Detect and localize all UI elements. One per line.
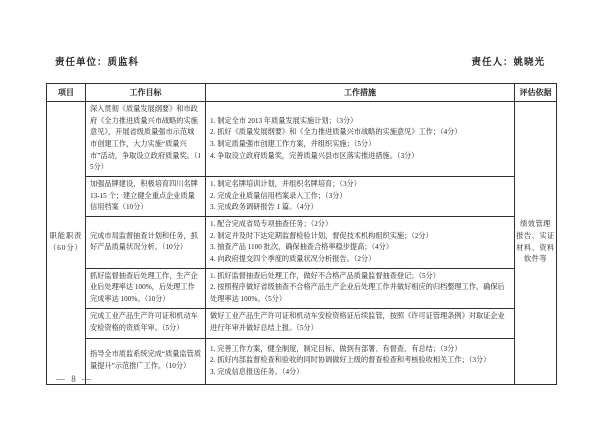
measure-item: 3. 制定质量强市创建工作方案，并组织实施；（5分）	[210, 139, 510, 151]
measure-item: 3. 抽查产品 1100 批次，确保抽查合格率稳步提高；（4分）	[210, 242, 510, 254]
table-row: 完成市局监督抽查计划和任务，抓好产品质量状况分析。（10分） 1. 配合完成省局…	[47, 216, 557, 268]
col-header-evaluation: 评估依据	[515, 84, 557, 102]
responsible-person-label: 责任人：姚晓光	[471, 54, 545, 68]
table-row: 指导全市质监系统完成“质量监管质量提升”示范推广工作。（10分） 1. 完善工作…	[47, 338, 557, 384]
measure-item: 4. 向政府提交四个季度的质量状况分析报告。（2分）	[210, 254, 510, 266]
measure-item: 1. 配合完成省局专项抽查任务；（2分）	[210, 219, 510, 231]
measure-item: 3. 完成政务调研报告 1 篇。（4分）	[210, 202, 510, 214]
goal-cell-5: 完成工业产品生产许可证和机动车安检资格的资质年审。（5分）	[86, 308, 206, 338]
evaluation-line: 报告、实证	[516, 231, 555, 243]
measures-cell-6: 1. 完善工作方案，健全制度，制定目标，做到有部署、有督查、有总结；（3分） 2…	[206, 338, 515, 384]
evaluation-cell: 绩效管理 报告、实证 材料、资料 软件等	[515, 102, 557, 385]
evaluation-line: 软件等	[516, 254, 555, 266]
table-row: 抓好监督抽查后处理工作，生产企业后处理率达 100%，后处理工作完成率达 100…	[47, 268, 557, 308]
measure-item: 1. 制定全市 2013 年质量发展实施计划；（3分）	[210, 116, 510, 128]
col-header-goal: 工作目标	[86, 84, 206, 102]
project-name: 职能职责	[48, 231, 84, 243]
measure-item: 2. 抓好《质量发展纲要》和《全力推进质量兴市战略的实施意见》工作；（4分）	[210, 127, 510, 139]
goal-cell-2: 加强品牌建设，积极培育四川名牌 13-15 个；建立健全重点企业质量信用档案（1…	[86, 176, 206, 216]
meta-row: 责任单位：质监科 责任人：姚晓光	[55, 54, 545, 68]
evaluation-line: 绩效管理	[516, 219, 555, 231]
measure-item: 1. 完善工作方案，健全制度，制定目标，做到有部署、有督查、有总结；（3分）	[210, 344, 510, 356]
measures-cell-5: 做好工业产品生产许可证和机动车安检资格证后续监管，按照《许可证管理条例》对取证企…	[206, 308, 515, 338]
measures-cell-2: 1. 制定名牌培训计划，并组织名牌培育；（3分） 2. 完成企业质量信用档案录入…	[206, 176, 515, 216]
goal-cell-1: 深入贯彻《质量发展纲要》和市政府《全力推进质量兴市战略的实施意见》，开展省级质量…	[86, 102, 206, 177]
col-header-measures: 工作措施	[206, 84, 515, 102]
document-page: 责任单位：质监科 责任人：姚晓光 项目 工作目标 工作措施 评估依据 职能职责 …	[0, 0, 600, 424]
goal-cell-6: 指导全市质监系统完成“质量监管质量提升”示范推广工作。（10分）	[86, 338, 206, 384]
responsible-unit-label: 责任单位：质监科	[55, 54, 139, 68]
table-header-row: 项目 工作目标 工作措施 评估依据	[47, 84, 557, 102]
measure-item: 1. 抓好监督抽查后处理工作，做好不合格产品质量监督抽查登记；（5分）	[210, 271, 510, 283]
measures-cell-1: 1. 制定全市 2013 年质量发展实施计划；（3分） 2. 抓好《质量发展纲要…	[206, 102, 515, 177]
goal-cell-3: 完成市局监督抽查计划和任务，抓好产品质量状况分析。（10分）	[86, 216, 206, 268]
measures-cell-3: 1. 配合完成省局专项抽查任务；（2分） 2. 制定并及时下达定期监督检验计划，…	[206, 216, 515, 268]
assessment-table: 项目 工作目标 工作措施 评估依据 职能职责 （60分） 深入贯彻《质量发展纲要…	[46, 83, 557, 385]
table-row: 职能职责 （60分） 深入贯彻《质量发展纲要》和市政府《全力推进质量兴市战略的实…	[47, 102, 557, 177]
page-number: — 8 —	[56, 374, 93, 384]
table-row: 完成工业产品生产许可证和机动车安检资格的资质年审。（5分） 做好工业产品生产许可…	[47, 308, 557, 338]
project-cell: 职能职责 （60分）	[47, 102, 86, 385]
measure-item: 4. 争取设立政府质量奖，完善质量兴县市区落实推进措施。（3分）	[210, 151, 510, 163]
measure-item: 做好工业产品生产许可证和机动车安检资格证后续监管，按照《许可证管理条例》对取证企…	[210, 311, 510, 334]
measure-item: 3. 完成信息报送任务。（4分）	[210, 367, 510, 379]
measure-item: 2. 抓好内部监督检查和验收的同时协调做好上级的督查检查和考核验收相关工作；（3…	[210, 355, 510, 367]
col-header-project: 项目	[47, 84, 86, 102]
measure-item: 2. 按照程序做好省级抽查不合格产品生产企业后处理工作并做好相应的归档整理工作，…	[210, 282, 510, 305]
measures-cell-4: 1. 抓好监督抽查后处理工作，做好不合格产品质量监督抽查登记；（5分） 2. 按…	[206, 268, 515, 308]
measure-item: 2. 制定并及时下达定期监督检验计划，督促技术机构组织实施；（2分）	[210, 231, 510, 243]
table-row: 加强品牌建设，积极培育四川名牌 13-15 个；建立健全重点企业质量信用档案（1…	[47, 176, 557, 216]
project-score: （60分）	[48, 243, 84, 255]
measure-item: 1. 制定名牌培训计划，并组织名牌培育；（3分）	[210, 179, 510, 191]
measure-item: 2. 完成企业质量信用档案录入工作；（3分）	[210, 191, 510, 203]
evaluation-line: 材料、资料	[516, 243, 555, 255]
goal-cell-4: 抓好监督抽查后处理工作，生产企业后处理率达 100%，后处理工作完成率达 100…	[86, 268, 206, 308]
